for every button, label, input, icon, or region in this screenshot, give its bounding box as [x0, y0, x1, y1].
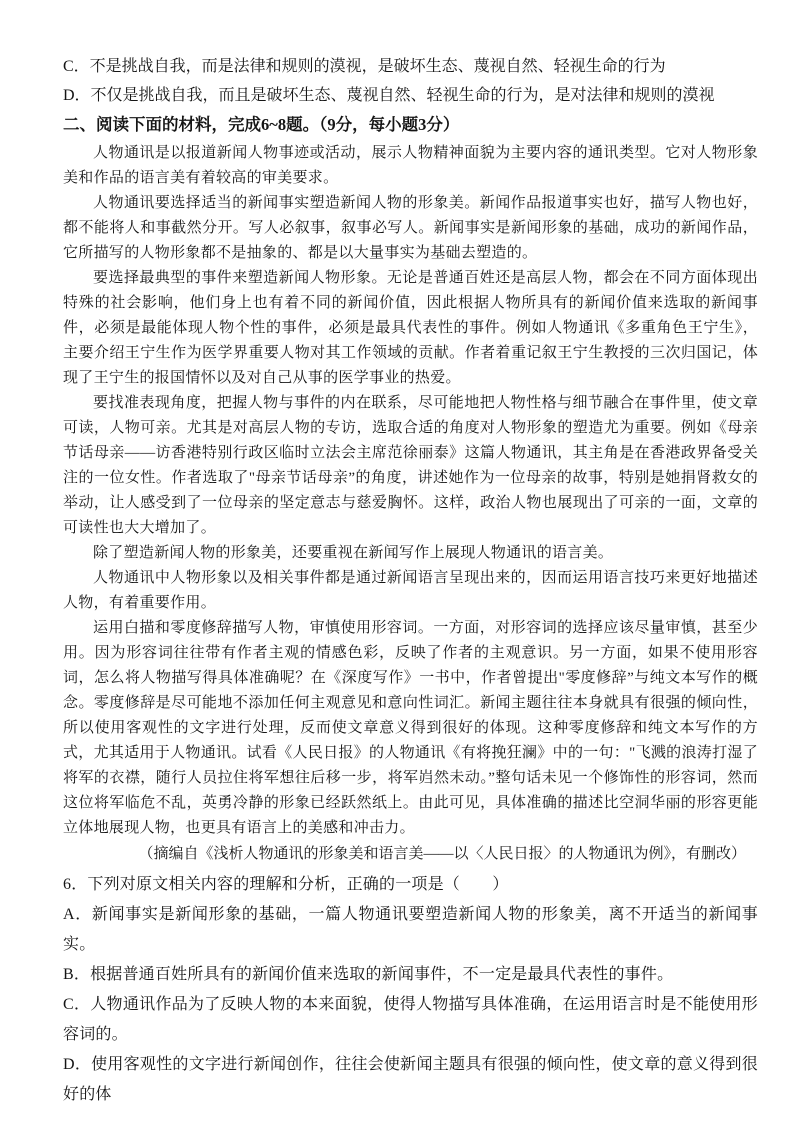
- question-6-stem: 6．下列对原文相关内容的理解和分析，正确的一项是（ ）: [63, 870, 758, 900]
- section-header: 二、阅读下面的材料，完成6~8题。（9分，每小题3分）: [63, 110, 758, 139]
- passage-paragraph-4: 要找准表现角度，把握人物与事件的内在联系，尽可能地把人物性格与细节融合在事件里，…: [63, 391, 758, 541]
- previous-question-option-d: D．不仅是挑战自我，而且是破坏生态、蔑视自然、轻视生命的行为，是对法律和规则的漠…: [63, 81, 758, 110]
- passage-paragraph-3: 要选择最典型的事件来塑造新闻人物形象。无论是普通百姓还是高层人物，都会在不同方面…: [63, 266, 758, 391]
- passage-paragraph-1: 人物通讯是以报道新闻人物事迹或活动，展示人物精神面貌为主要内容的通讯类型。它对人…: [63, 141, 758, 191]
- passage-paragraph-6: 人物通讯中人物形象以及相关事件都是通过新闻语言呈现出来的，因而运用语言技巧来更好…: [63, 566, 758, 616]
- question-6-option-a: A．新闻事实是新闻形象的基础，一篇人物通讯要塑造新闻人物的形象美，离不开适当的新…: [63, 900, 758, 960]
- passage-paragraph-7: 运用白描和零度修辞描写人物，审慎使用形容词。一方面，对形容词的选择应该尽量审慎，…: [63, 616, 758, 841]
- question-6-option-c: C．人物通讯作品为了反映人物的本来面貌，使得人物描写具体准确，在运用语言时是不能…: [63, 990, 758, 1050]
- question-6-option-b: B．根据普通百姓所具有的新闻价值来选取的新闻事件，不一定是最具代表性的事件。: [63, 960, 758, 990]
- passage-paragraph-5: 除了塑造新闻人物的形象美，还要重视在新闻写作上展现人物通讯的语言美。: [63, 541, 758, 566]
- question-6: 6．下列对原文相关内容的理解和分析，正确的一项是（ ） A．新闻事实是新闻形象的…: [63, 870, 758, 1110]
- passage-attribution: （摘编自《浅析人物通讯的形象美和语言美——以〈人民日报〉的人物通讯为例》，有删改…: [63, 842, 758, 867]
- exam-document-page: C．不是挑战自我，而是法律和规则的漠视，是破坏生态、蔑视自然、轻视生命的行为 D…: [0, 0, 794, 1123]
- reading-passage: 人物通讯是以报道新闻人物事迹或活动，展示人物精神面貌为主要内容的通讯类型。它对人…: [63, 141, 758, 867]
- previous-question-option-c: C．不是挑战自我，而是法律和规则的漠视，是破坏生态、蔑视自然、轻视生命的行为: [63, 52, 758, 81]
- passage-paragraph-2: 人物通讯要选择适当的新闻事实塑造新闻人物的形象美。新闻作品报道事实也好，描写人物…: [63, 191, 758, 266]
- question-6-option-d: D．使用客观性的文字进行新闻创作，往往会使新闻主题具有很强的倾向性，使文章的意义…: [63, 1050, 758, 1110]
